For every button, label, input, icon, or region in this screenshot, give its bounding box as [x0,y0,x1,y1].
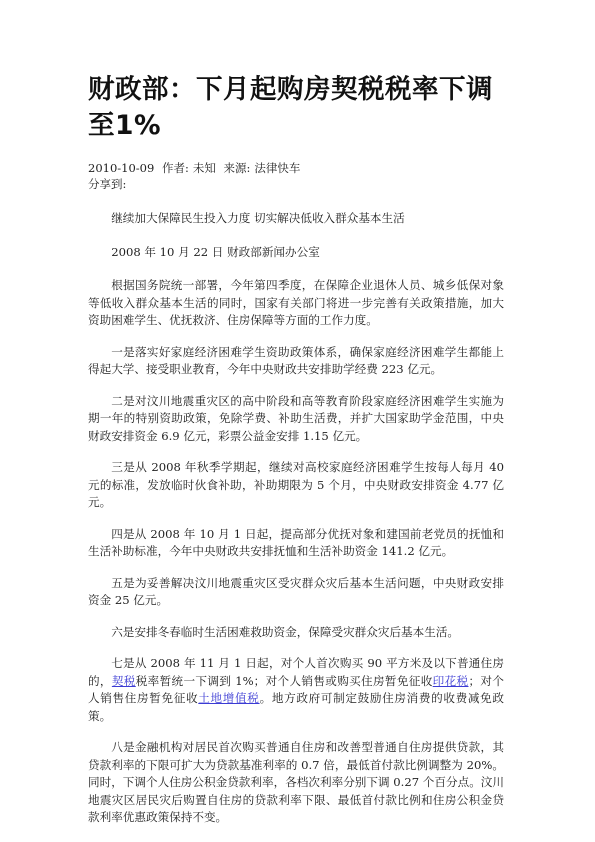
article-body: 继续加大保障民生投入力度 切实解决低收入群众基本生活 2008 年 10 月 2… [88,210,504,827]
meta-line: 2010-10-09 作者:未知 来源:法律快车 [88,160,504,176]
paragraph-1: 一是落实好家庭经济困难学生资助政策体系，确保家庭经济困难学生都能上得起大学、接受… [88,344,504,379]
article-subtitle: 继续加大保障民生投入力度 切实解决低收入群众基本生活 [88,210,504,228]
article: 财政部：下月起购房契税税率下调至1% 2010-10-09 作者:未知 来源:法… [88,72,504,841]
paragraph-8: 八是金融机构对居民首次购买普通自住房和改善型普通自住房提供贷款，其贷款利率的下限… [88,739,504,827]
paragraph-7-text: 税率暂统一下调到 1%；对个人销售或购买住房暂免征收 [136,674,433,688]
paragraph-3: 三是从 2008 年秋季学期起，继续对高校家庭经济困难学生按每人每月 40 元的… [88,459,504,512]
paragraph-5: 五是为妥善解决汶川地震重灾区受灾群众灾后基本生活问题，中央财政安排资金 25 亿… [88,575,504,610]
share-label: 分享到: [88,176,504,192]
paragraph-6: 六是安排冬春临时生活困难救助资金，保障受灾群众灾后基本生活。 [88,624,504,642]
land-value-tax-link[interactable]: 土地增值税 [198,691,259,705]
author-value: 未知 [193,161,216,175]
paragraph-7: 七是从 2008 年 11 月 1 日起，对个人首次购买 90 平方米及以下普通… [88,655,504,725]
paragraph-2: 二是对汶川地震重灾区的高中阶段和高等教育阶段家庭经济困难学生实施为期一年的特别资… [88,393,504,446]
publish-date: 2010-10-09 [88,161,154,175]
paragraph-4: 四是从 2008 年 10 月 1 日起，提高部分优抚对象和建国前老党员的抚恤和… [88,526,504,561]
stamp-tax-link[interactable]: 印花税 [433,674,469,688]
source-label: 来源: [224,161,251,175]
article-title: 财政部：下月起购房契税税率下调至1% [88,72,504,144]
source-value: 法律快车 [254,161,300,175]
article-dateline: 2008 年 10 月 22 日 财政部新闻办公室 [88,244,504,262]
paragraph-intro: 根据国务院统一部署，今年第四季度，在保障企业退休人员、城乡低保对象等低收入群众基… [88,277,504,330]
article-meta: 2010-10-09 作者:未知 来源:法律快车 分享到: [88,160,504,192]
author-label: 作者: [162,161,189,175]
deed-tax-link[interactable]: 契税 [112,674,136,688]
